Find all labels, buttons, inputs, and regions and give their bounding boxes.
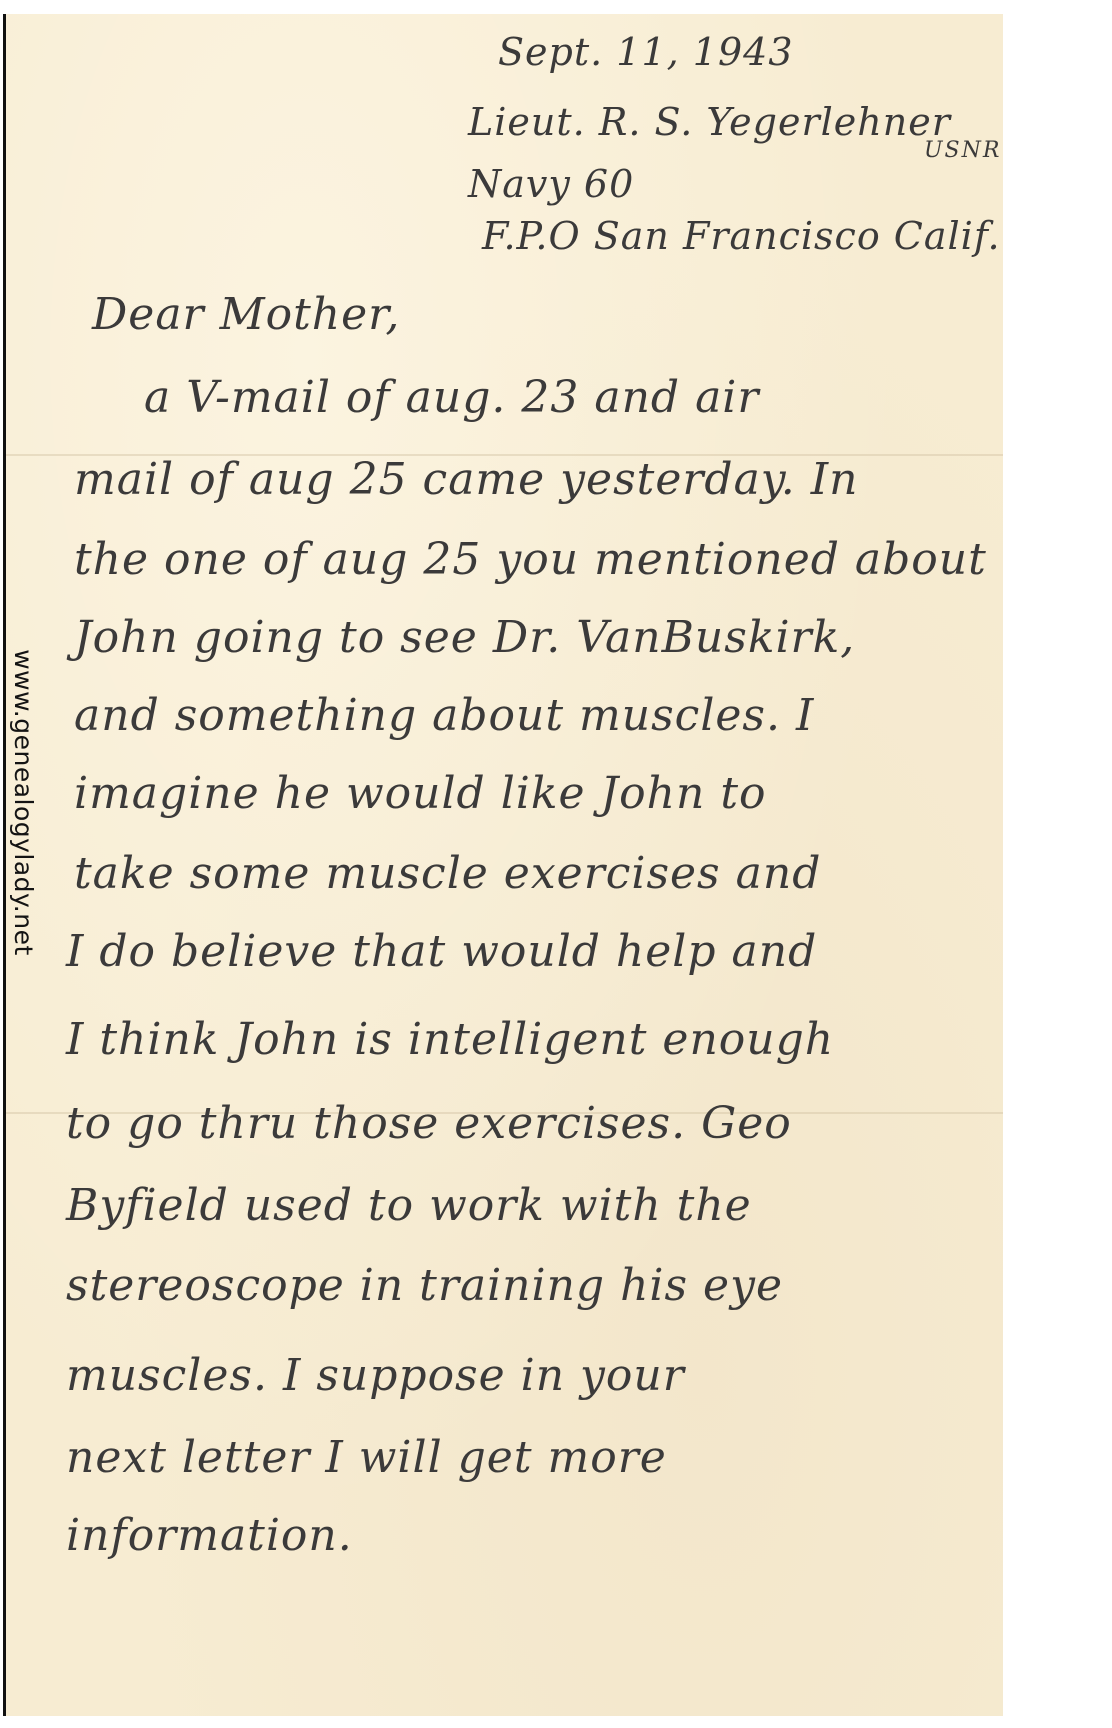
body-line: to go thru those exercises. Geo [66,1098,792,1149]
body-line: stereoscope in training his eye [66,1260,783,1311]
body-line: a V-mail of aug. 23 and air [144,372,759,423]
sender-name: Lieut. R. S. Yegerlehner [468,100,951,144]
body-line: information. [66,1510,353,1561]
sender-unit: Navy 60 [468,162,634,206]
body-line: Byfield used to work with the [66,1180,752,1231]
letter-page: Sept. 11, 1943 Lieut. R. S. Yegerlehner … [3,14,1003,1716]
salutation: Dear Mother, [92,289,400,340]
body-line: I think John is intelligent enough [66,1014,834,1065]
body-line: the one of aug 25 you mentioned about [74,534,987,585]
body-line: I do believe that would help and [66,926,817,977]
watermark-url: www.genealogylady.net [3,632,43,972]
sender-address: F.P.O San Francisco Calif. [482,214,1001,258]
body-line: imagine he would like John to [74,768,767,819]
body-line: and something about muscles. I [74,690,814,741]
sender-suffix: USNR [924,138,1001,163]
body-line: muscles. I suppose in your [66,1350,685,1401]
body-line: next letter I will get more [66,1432,667,1483]
body-line: mail of aug 25 came yesterday. In [74,454,859,505]
body-line: John going to see Dr. VanBuskirk, [74,612,855,663]
watermark-text: www.genealogylady.net [9,649,38,956]
letter-date: Sept. 11, 1943 [498,30,794,74]
body-line: take some muscle exercises and [74,848,821,899]
